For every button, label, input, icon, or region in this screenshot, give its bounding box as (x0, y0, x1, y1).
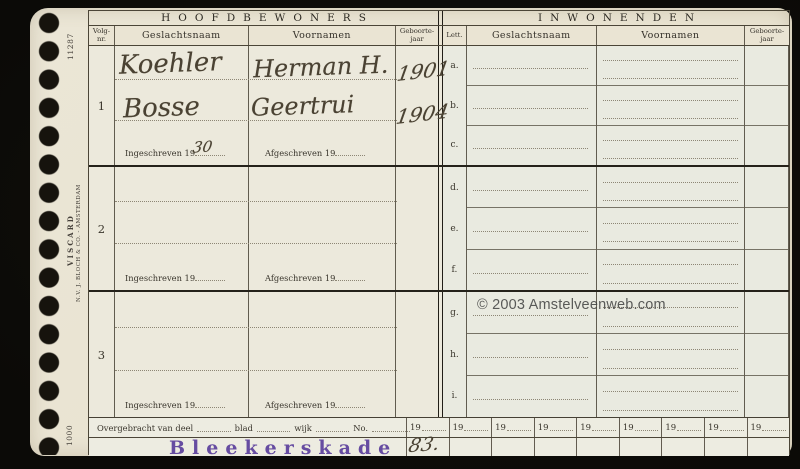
dotted-blank (550, 424, 574, 431)
inwonenden-birthyear-column (745, 46, 789, 165)
colhead-letter-label: Lett. (446, 32, 462, 39)
hoofdbewoners-title: HOOFDBEWONERS (153, 12, 374, 24)
ingeschreven-text: Ingeschreven 19 (125, 400, 195, 410)
column-header-row: Volg- nr. Geslachtsnaam Voornamen Geboor… (89, 26, 789, 46)
year-cell-label: 19 (751, 423, 762, 433)
colhead-firstnames-left: Voornamen (249, 26, 397, 45)
inwonenden-firstnames-column (597, 167, 746, 290)
year-cell-label: 19 (665, 423, 676, 433)
colhead-firstnames-right: Voornamen (597, 26, 746, 45)
row-number: 1 (98, 99, 105, 113)
year-cell-label: 19 (580, 423, 591, 433)
inwonenden-firstnames-line (597, 86, 745, 126)
dotted-blank (422, 424, 446, 431)
copyright-watermark: © 2003 Amstelveenweb.com (477, 297, 666, 313)
register-row-3: 3 g. h. i. (89, 292, 789, 418)
inwonenden-surname-line (467, 250, 596, 290)
inwonenden-surname-line (467, 167, 596, 208)
letter-h: h. (443, 334, 466, 376)
writing-line (115, 370, 397, 371)
colhead-birthyear-left: Geboorte- jaar (396, 26, 438, 45)
dotted-blank (507, 424, 531, 431)
binder-holes (36, 9, 62, 455)
inwonenden-surname-line (467, 86, 596, 126)
year-cell-label: 19 (538, 423, 549, 433)
surname-cell (115, 292, 249, 417)
section-inwonenden: INWONENDEN (443, 11, 789, 25)
colhead-birthyear-left-line2: jaar (410, 36, 423, 43)
dotted-blank (464, 424, 488, 431)
handwritten-surname-1: Koehler (119, 47, 223, 81)
handwritten-firstnames-1: Herman H. (253, 51, 389, 84)
birthyear-cell (396, 167, 438, 290)
letter-c: c. (443, 125, 466, 165)
inwonenden-birthyear-line (745, 208, 788, 249)
card-serial-top: 11287 (66, 14, 75, 60)
handwritten-ingeschreven-year: 30 (192, 137, 214, 156)
year-cell: 19 (705, 418, 748, 437)
row-number-cell: 1 (89, 46, 115, 165)
afgeschreven-text: Afgeschreven 19 (265, 400, 335, 410)
afgeschreven-label: Afgeschreven 19 (265, 273, 365, 283)
afgeschreven-text: Afgeschreven 19 (265, 148, 335, 158)
inwonenden-firstnames-line (597, 334, 745, 376)
afgeschreven-text: Afgeschreven 19 (265, 273, 335, 283)
dotted-blank (195, 400, 225, 408)
year-cell: 19 (620, 418, 663, 437)
inwonenden-birthyear-line (745, 167, 788, 208)
letter-g: g. (443, 292, 466, 334)
colhead-surname-right-label: Geslachtsnaam (492, 31, 571, 41)
dotted-blank (257, 424, 290, 432)
transfer-text: Overgebracht van deel blad wijk No. (89, 423, 414, 433)
year-cell-label: 19 (495, 423, 506, 433)
colhead-surname-right: Geslachtsnaam (467, 26, 597, 45)
inwonenden-firstnames-column (597, 46, 746, 165)
colhead-surname-left: Geslachtsnaam (115, 26, 249, 45)
dotted-blank (635, 424, 659, 431)
house-number-cell: 83. (407, 438, 450, 456)
ingeschreven-text: Ingeschreven 19 (125, 273, 195, 283)
dotted-blank (316, 424, 349, 432)
letter-column: d. e. f. (443, 167, 467, 290)
inwonenden-birthyear-line (745, 292, 788, 334)
colhead-volgnr: Volg- nr. (89, 26, 115, 45)
year-cell: 19 (492, 418, 535, 437)
transfer-part-deel: Overgebracht van deel (97, 423, 193, 433)
empty-cell (748, 438, 790, 456)
dotted-blank (197, 424, 230, 432)
letter-i: i. (443, 375, 466, 417)
printer-brand: VISCARD (66, 206, 75, 266)
letter-column: g. h. i. (443, 292, 467, 417)
inwonenden-birthyear-line (745, 334, 788, 376)
year-cell: 19 (535, 418, 578, 437)
handwritten-surname-2: Bosse (122, 92, 200, 125)
inwonenden-surname-line (467, 208, 596, 249)
ingeschreven-text: Ingeschreven 19 (125, 148, 195, 158)
street-name-stamp: Bleekerskade (169, 437, 397, 459)
inwonenden-firstnames-line (597, 126, 745, 165)
printer-company: N.V. J. BLOCH & CO. - AMSTERDAM (76, 180, 82, 302)
writing-line (115, 243, 397, 244)
inwonenden-birthyear-column (745, 167, 789, 290)
colhead-firstnames-right-label: Voornamen (641, 31, 699, 41)
year-cell: 19 (662, 418, 705, 437)
inwonenden-firstnames-line (597, 376, 745, 417)
dotted-blank (335, 148, 365, 156)
inwonenden-birthyear-line (745, 126, 788, 165)
row-number: 2 (98, 222, 105, 236)
letter-d: d. (443, 167, 466, 208)
population-register-card: 11287 VISCARD N.V. J. BLOCH & CO. - AMST… (30, 8, 792, 456)
inwonenden-birthyear-line (745, 86, 788, 126)
handwritten-house-number: 83. (407, 433, 442, 458)
colhead-letter: Lett. (443, 26, 467, 45)
street-stamp-cell: Bleekerskade (89, 438, 407, 456)
firstnames-cell (249, 167, 397, 290)
year-cell-label: 19 (623, 423, 634, 433)
row-number-cell: 2 (89, 167, 115, 290)
letter-e: e. (443, 208, 466, 249)
dotted-blank (372, 424, 410, 432)
row-number: 3 (98, 348, 105, 362)
inwonenden-surname-line (467, 334, 596, 376)
register-row-2: 2 d. e. f. (89, 167, 789, 292)
year-cell-label: 19 (708, 423, 719, 433)
birthyear-cell (396, 292, 438, 417)
transfer-cell: Overgebracht van deel blad wijk No. (89, 418, 407, 437)
dotted-blank (720, 424, 744, 431)
inwonenden-firstnames-line (597, 46, 745, 86)
letter-f: f. (443, 249, 466, 290)
inwonenden-firstnames-line (597, 250, 745, 290)
inwonenden-firstnames-line (597, 208, 745, 249)
inwonenden-title: INWONENDEN (530, 12, 702, 24)
register-row-1: 1 a. b. c. (89, 46, 789, 167)
inwonenden-birthyear-line (745, 376, 788, 417)
card-serial-bottom: 1000 (65, 408, 74, 446)
year-cell: 19 (450, 418, 493, 437)
transfer-part-no: No. (353, 423, 368, 433)
dotted-blank (195, 273, 225, 281)
empty-cell (535, 438, 578, 456)
year-cell-label: 19 (410, 423, 421, 433)
empty-cell (662, 438, 705, 456)
surname-cell (115, 167, 249, 290)
section-hoofdbewoners: HOOFDBEWONERS (89, 11, 438, 25)
dotted-blank (335, 400, 365, 408)
year-cell: 19 (577, 418, 620, 437)
writing-line (115, 327, 397, 328)
inwonenden-surname-column (467, 46, 597, 165)
firstnames-cell (249, 292, 397, 417)
inwonenden-surname-line (467, 46, 596, 86)
ingeschreven-label: Ingeschreven 19 (125, 400, 225, 410)
scanned-register-card-photo: 11287 VISCARD N.V. J. BLOCH & CO. - AMST… (0, 0, 800, 469)
section-title-band: HOOFDBEWONERS INWONENDEN (89, 11, 789, 26)
stamp-row: Bleekerskade 83. (89, 438, 789, 456)
colhead-birthyear-right-line2: jaar (760, 36, 773, 43)
empty-cell (577, 438, 620, 456)
dotted-blank (762, 424, 786, 431)
writing-line (115, 201, 397, 202)
dotted-blank (335, 273, 365, 281)
inwonenden-surname-line (467, 126, 596, 165)
inwonenden-birthyear-line (745, 250, 788, 290)
year-cell-label: 19 (453, 423, 464, 433)
year-cell: 19 (748, 418, 790, 437)
register-table: HOOFDBEWONERS INWONENDEN Volg- nr. Gesla… (88, 10, 790, 455)
colhead-volgnr-line2: nr. (97, 36, 106, 43)
inwonenden-surname-line (467, 376, 596, 417)
inwonenden-surname-column (467, 167, 597, 290)
dotted-blank (592, 424, 616, 431)
handwritten-firstnames-2: Geertrui (251, 90, 355, 122)
colhead-birthyear-right: Geboorte- jaar (745, 26, 789, 45)
empty-cell (705, 438, 748, 456)
inwonenden-birthyear-line (745, 46, 788, 86)
transfer-part-wijk: wijk (294, 423, 311, 433)
afgeschreven-label: Afgeschreven 19 (265, 148, 365, 158)
empty-cell (450, 438, 493, 456)
ingeschreven-label: Ingeschreven 19 (125, 273, 225, 283)
afgeschreven-label: Afgeschreven 19 (265, 400, 365, 410)
colhead-firstnames-left-label: Voornamen (293, 31, 351, 41)
colhead-surname-left-label: Geslachtsnaam (142, 31, 221, 41)
transfer-part-blad: blad (235, 423, 253, 433)
empty-cell (620, 438, 663, 456)
dotted-blank (677, 424, 701, 431)
inwonenden-birthyear-column (745, 292, 789, 417)
row-number-cell: 3 (89, 292, 115, 417)
empty-cell (492, 438, 535, 456)
inwonenden-firstnames-line (597, 167, 745, 208)
